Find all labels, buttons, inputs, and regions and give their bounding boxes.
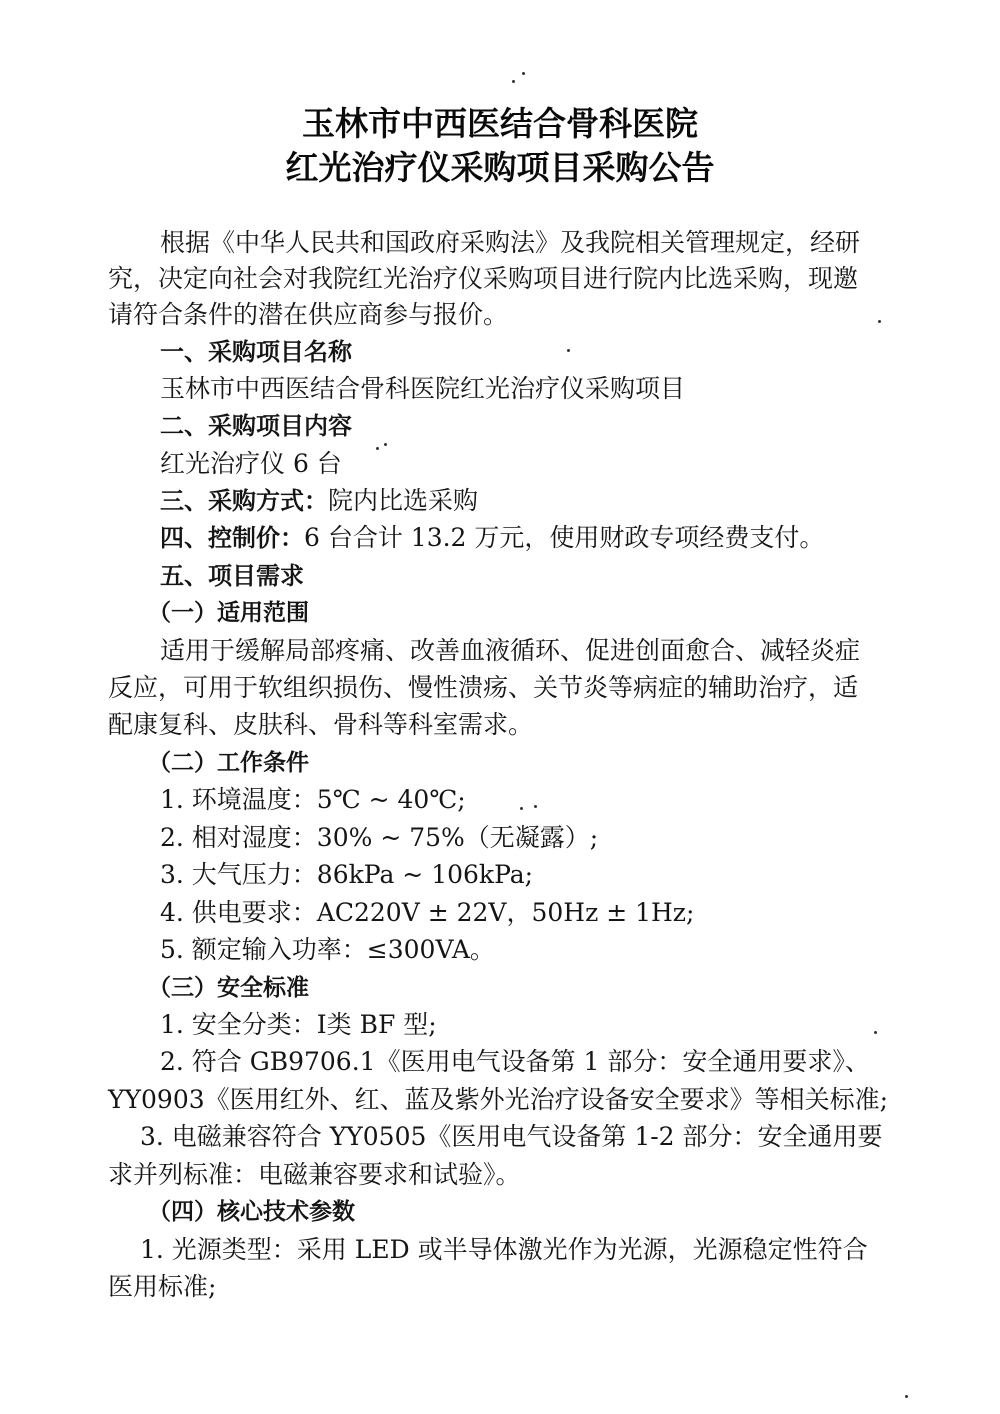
- core-heading: （四）核心技术参数: [148, 1197, 355, 1227]
- safety-item: 1. 安全分类：Ⅰ类 BF 型;: [160, 1010, 437, 1040]
- intro-line-1: 根据《中华人民共和国政府采购法》及我院相关管理规定，经研: [160, 228, 860, 258]
- safety-item-continued: YY0903《医用红外、红、蓝及紫外光治疗设备安全要求》等相关标准;: [108, 1085, 888, 1115]
- announcement-page: 玉林市中西医结合骨科医院 红光治疗仪采购项目采购公告 根据《中华人民共和国政府采…: [0, 0, 1000, 1414]
- core-item: 1. 光源类型：采用 LED 或半导体激光作为光源，光源稳定性符合: [140, 1235, 868, 1265]
- safety-item: 2. 符合 GB9706.1《医用电气设备第 1 部分：安全通用要求》、: [160, 1047, 870, 1077]
- section-1-body: 玉林市中西医结合骨科医院红光治疗仪采购项目: [160, 374, 685, 404]
- safety-item: 3. 电磁兼容符合 YY0505《医用电气设备第 1-2 部分：安全通用要: [140, 1122, 883, 1152]
- core-item-continued: 医用标准;: [108, 1272, 216, 1302]
- condition-item: 3. 大气压力：86kPa ~ 106kPa;: [160, 860, 533, 890]
- condition-item: 1. 环境温度：5℃ ~ 40℃;: [160, 785, 466, 815]
- scan-speck: [567, 349, 570, 352]
- section-1-heading: 一、采购项目名称: [160, 337, 352, 367]
- scan-speck: [512, 80, 515, 83]
- intro-line-2: 究，决定向社会对我院红光治疗仪采购项目进行院内比选采购，现邀: [108, 264, 858, 294]
- section-3-value: 院内比选采购: [328, 486, 478, 515]
- intro-line-3: 请符合条件的潜在供应商参与报价。: [108, 300, 508, 330]
- document-title-line1: 玉林市中西医结合骨科医院: [0, 98, 1000, 145]
- scope-line-3: 配康复科、皮肤科、骨科等科室需求。: [108, 710, 533, 740]
- section-3-heading: 三、采购方式：: [160, 487, 328, 515]
- scope-heading: （一）适用范围: [148, 598, 309, 628]
- scan-speck: [522, 72, 525, 75]
- scan-speck: [534, 805, 537, 808]
- condition-item: 4. 供电要求：AC220V ± 22V，50Hz ± 1Hz;: [160, 898, 694, 928]
- condition-item: 5. 额定输入功率：≤300VA。: [160, 935, 495, 965]
- scope-line-1: 适用于缓解局部疼痛、改善血液循环、促进创面愈合、减轻炎症: [160, 636, 860, 666]
- section-4-heading: 四、控制价：: [160, 524, 304, 552]
- section-3: 三、采购方式：院内比选采购: [160, 486, 478, 516]
- scan-speck: [376, 447, 379, 450]
- section-2-body: 红光治疗仪 6 台: [160, 449, 342, 479]
- scan-speck: [874, 1031, 877, 1034]
- scan-speck: [520, 807, 523, 810]
- safety-heading: （三）安全标准: [148, 973, 309, 1003]
- section-5-heading: 五、项目需求: [160, 561, 304, 591]
- conditions-heading: （二）工作条件: [148, 748, 309, 778]
- section-2-heading: 二、采购项目内容: [160, 411, 352, 441]
- document-title-line2: 红光治疗仪采购项目采购公告: [0, 142, 1000, 189]
- section-4-value: 6 台合计 13.2 万元，使用财政专项经费支付。: [304, 523, 824, 552]
- condition-item: 2. 相对湿度：30% ~ 75%（无凝露）;: [160, 823, 598, 853]
- section-4: 四、控制价：6 台合计 13.2 万元，使用财政专项经费支付。: [160, 523, 824, 553]
- scan-speck: [905, 1395, 908, 1398]
- scan-speck: [878, 320, 881, 323]
- scope-line-2: 反应，可用于软组织损伤、慢性溃疡、关节炎等病症的辅助治疗，适: [108, 673, 858, 703]
- safety-item-continued: 求并列标准：电磁兼容要求和试验》。: [108, 1160, 521, 1190]
- scan-speck: [384, 443, 387, 446]
